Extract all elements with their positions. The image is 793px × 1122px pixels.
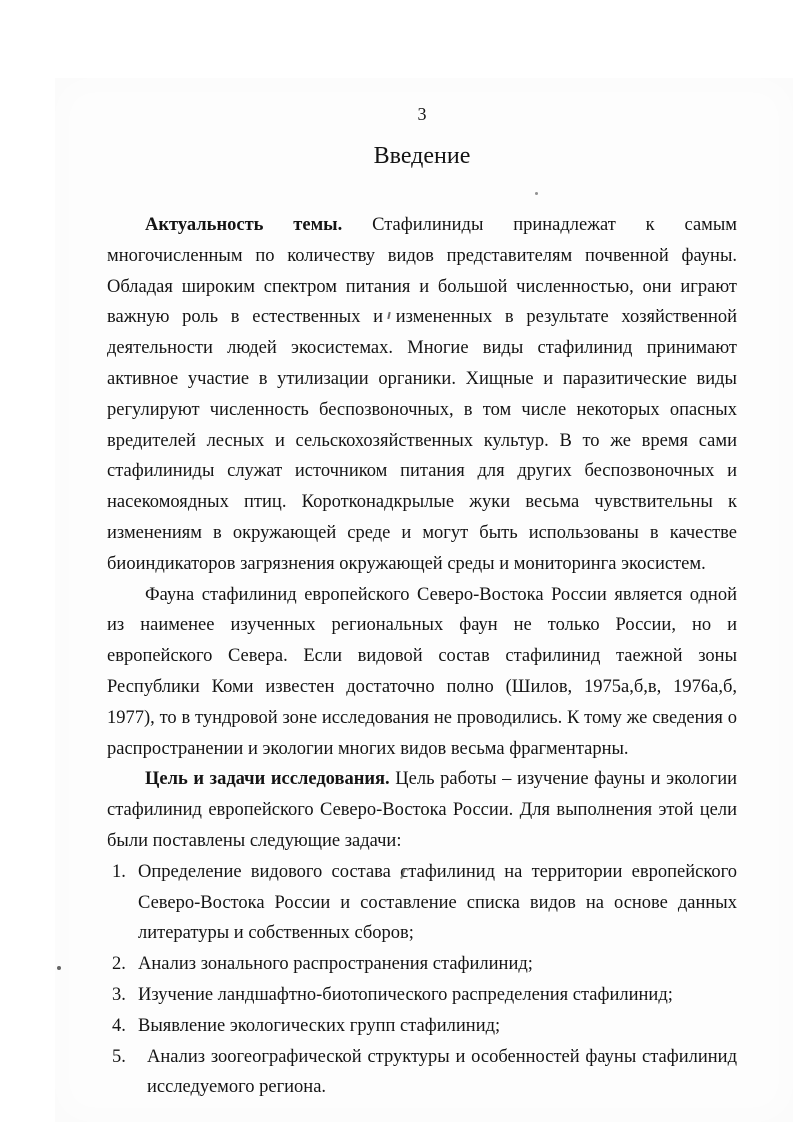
scan-speck [535, 192, 538, 195]
paragraph-goal-lead: Цель и задачи исследования. [145, 769, 390, 789]
scan-speck [57, 966, 61, 970]
paragraph-relevance-text: Стафилиниды принадлежат к самым многочис… [107, 215, 737, 574]
task-item: 5. Анализ зоогеографической структуры и … [107, 1042, 737, 1104]
task-text: Выявление экологических групп стафилинид… [138, 1011, 737, 1042]
paragraph-fauna-text: Фауна стафилинид европейского Северо-Вос… [107, 585, 737, 759]
paragraph-fauna: Фауна стафилинид европейского Северо-Вос… [107, 580, 737, 765]
task-list: 1. Определение видового состава стафилин… [107, 857, 737, 1103]
task-number: 2. [112, 949, 138, 980]
task-number: 1. [112, 857, 138, 888]
task-text: Изучение ландшафтно-биотопического распр… [138, 980, 737, 1011]
task-item: 3. Изучение ландшафтно-биотопического ра… [107, 980, 737, 1011]
task-text: Определение видового состава стафилинид … [138, 857, 737, 949]
task-number: 4. [112, 1011, 138, 1042]
task-item: 2. Анализ зонального распространения ста… [107, 949, 737, 980]
task-item: 4. Выявление экологических групп стафили… [107, 1011, 737, 1042]
paragraph-relevance-lead: Актуальность темы. [145, 215, 342, 235]
body-text: Актуальность темы. Стафилиниды принадлеж… [107, 210, 737, 1103]
page-content: 3 Введение Актуальность темы. Стафилинид… [107, 0, 737, 1103]
section-title: Введение [107, 142, 737, 170]
task-number: 3. [112, 980, 138, 1011]
paragraph-relevance: Актуальность темы. Стафилиниды принадлеж… [107, 210, 737, 580]
page-number: 3 [107, 104, 737, 124]
task-number: 5. [112, 1042, 138, 1073]
task-item: 1. Определение видового состава стафилин… [107, 857, 737, 949]
paragraph-goal: Цель и задачи исследования. Цель работы … [107, 764, 737, 856]
task-text: Анализ зоогеографической структуры и осо… [138, 1042, 737, 1104]
task-text: Анализ зонального распространения стафил… [138, 949, 737, 980]
scanned-page: 3 Введение Актуальность темы. Стафилинид… [0, 0, 793, 1122]
